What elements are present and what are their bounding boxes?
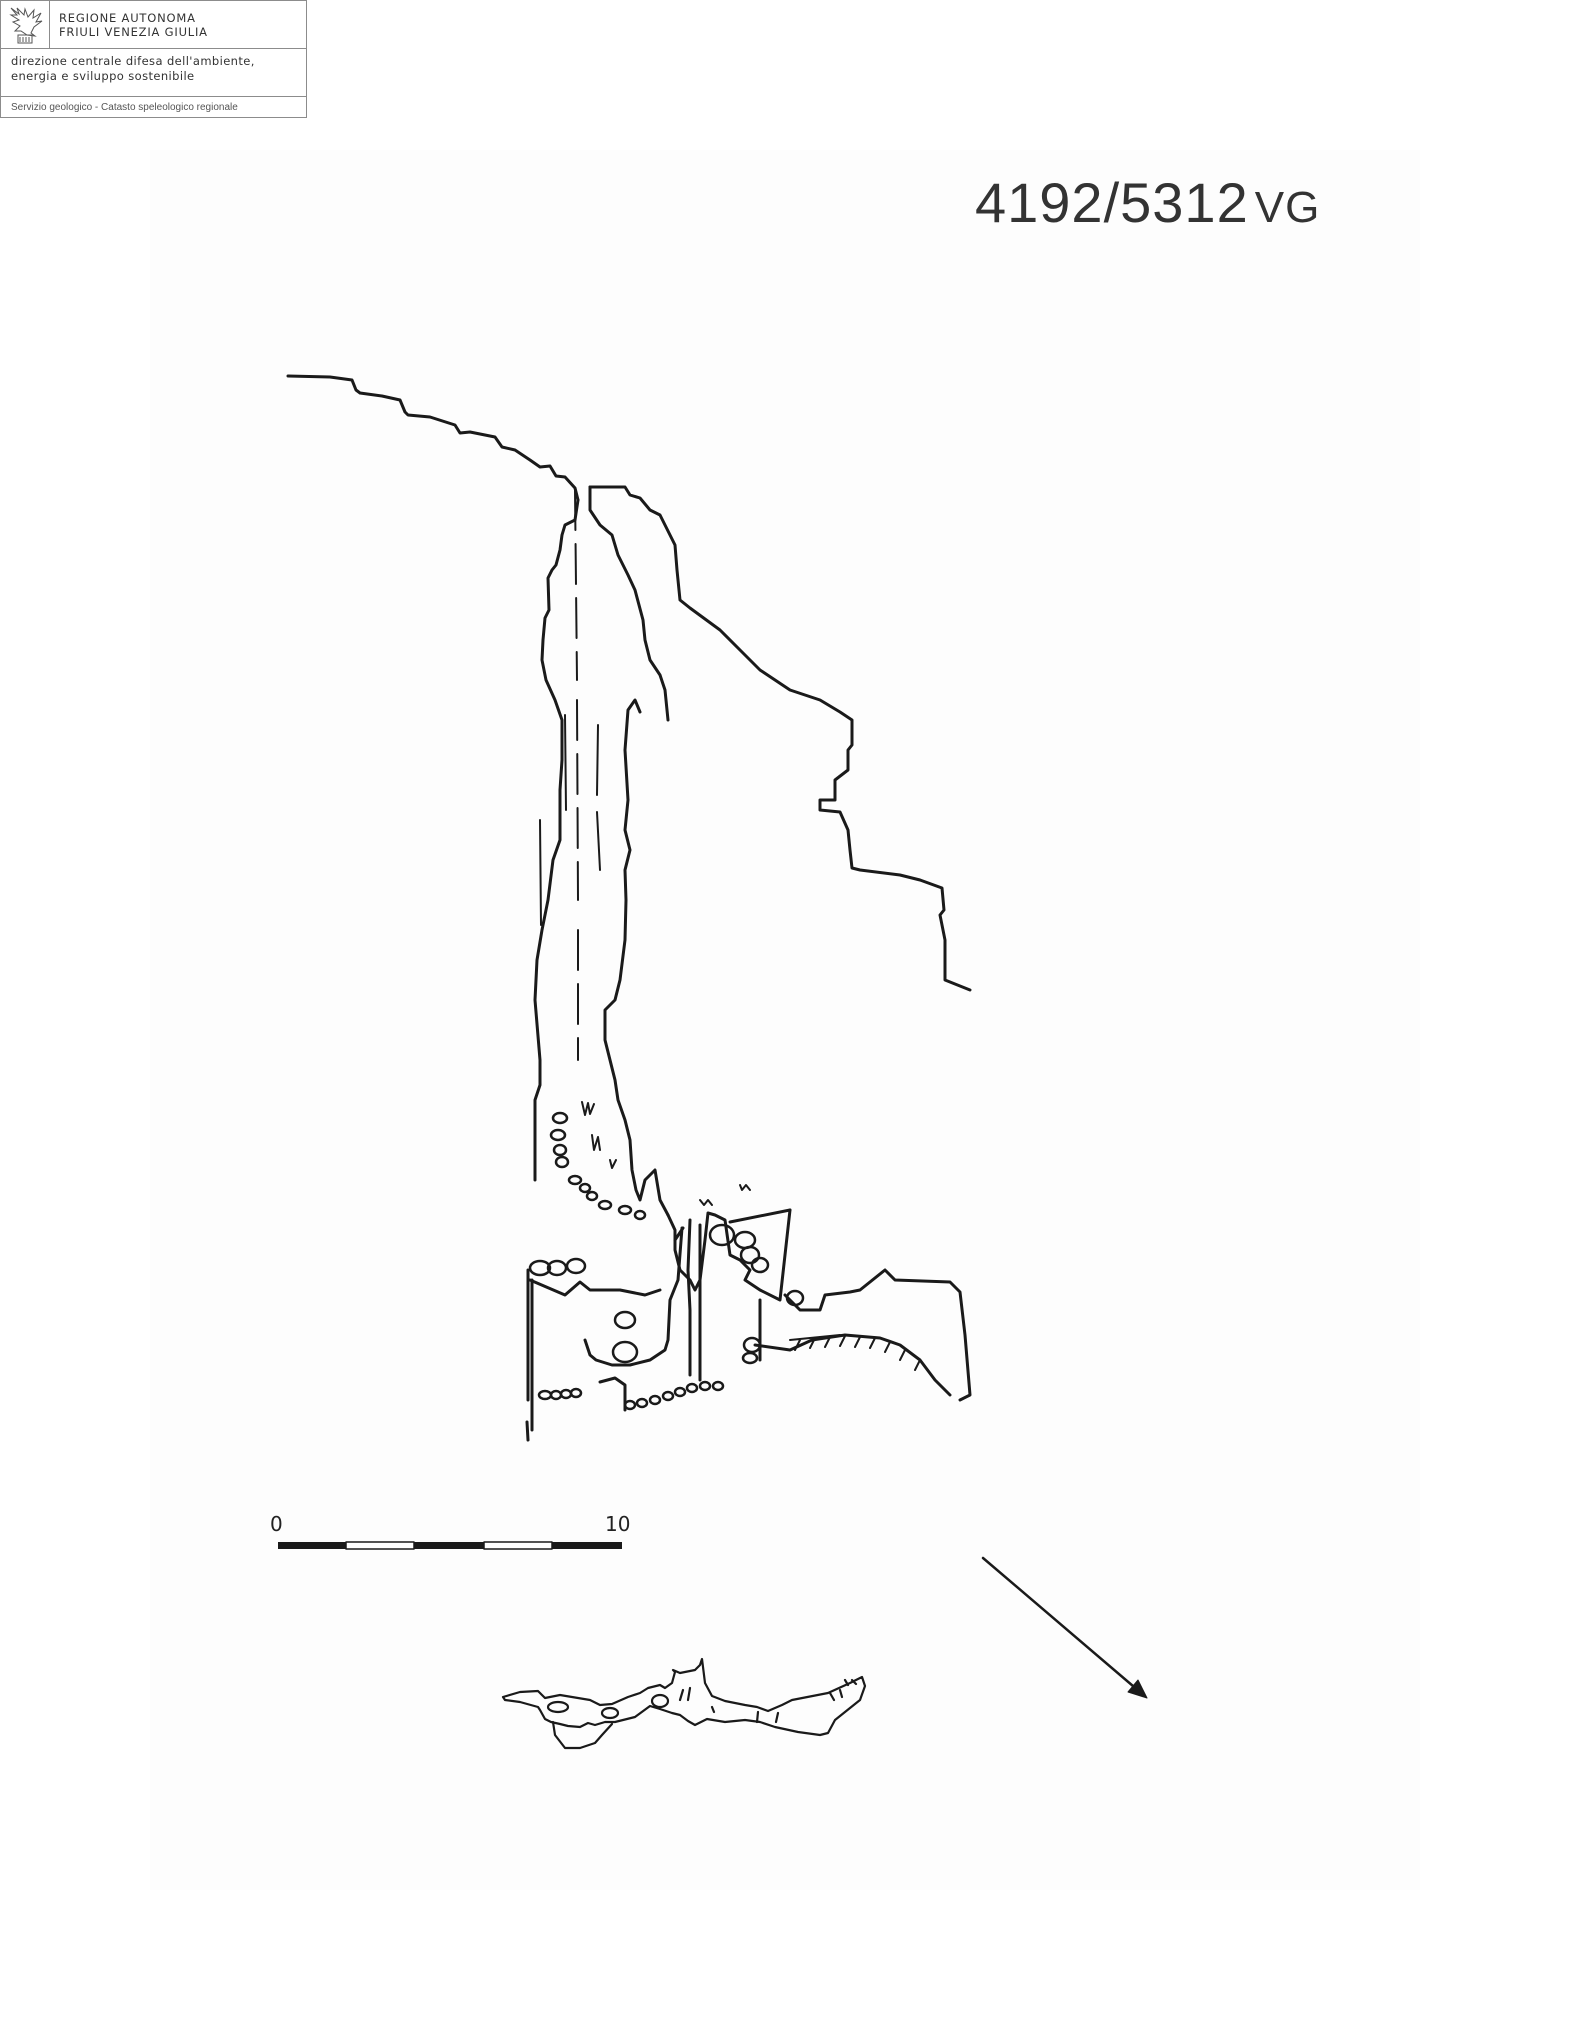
boulders (530, 1113, 803, 1409)
plan-view (503, 1659, 865, 1748)
cave-survey-drawing (0, 0, 1580, 2043)
floor-left (530, 1280, 660, 1295)
direction-arrow-icon (983, 1558, 1147, 1698)
shaft-left-wall (535, 500, 578, 1180)
lower-left-walls (532, 1280, 625, 1430)
shaft-dashed-axis (575, 490, 578, 1060)
outer-right-wall (590, 487, 970, 990)
scale-start-label: 0 (270, 1512, 283, 1536)
scale-end-label: 10 (605, 1512, 630, 1536)
shaft-right-wall (590, 487, 668, 720)
surface-profile (288, 376, 578, 500)
stalactite-marks (582, 1102, 750, 1205)
shaft-inner-right (605, 700, 668, 1215)
lower-chamber-top (668, 1210, 790, 1300)
lower-chamber-walls (527, 1210, 790, 1440)
scale-bar (278, 1542, 622, 1549)
